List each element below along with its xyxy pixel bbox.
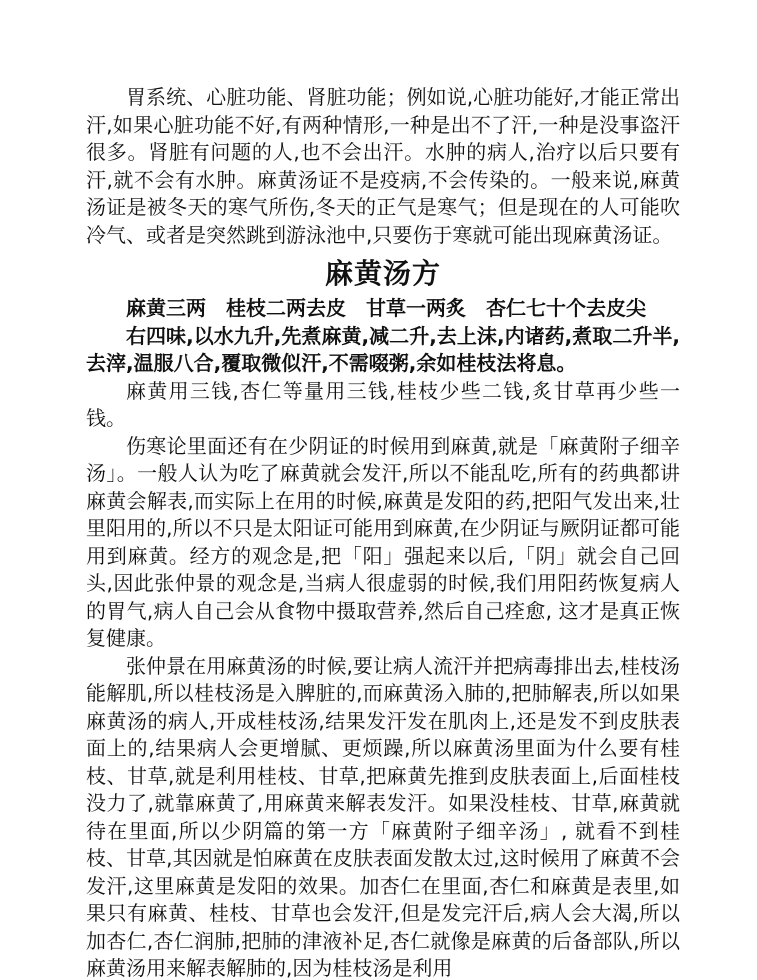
- section-title: 麻黄汤方: [86, 256, 680, 292]
- document-page: 胃系统、心脏功能、肾脏功能；例如说,心脏功能好,才能正常出汗,如果心脏功能不好,…: [0, 0, 757, 980]
- intro-paragraph: 胃系统、心脏功能、肾脏功能；例如说,心脏功能好,才能正常出汗,如果心脏功能不好,…: [86, 84, 680, 249]
- discussion-paragraph-1: 伤寒论里面还有在少阴证的时候用到麻黄,就是「麻黄附子细辛汤」。一般人认为吃了麻黄…: [86, 433, 680, 653]
- discussion-paragraph-2: 张仲景在用麻黄汤的时候,要让病人流汗并把病毒排出去,桂枝汤能解肌,所以桂枝汤是入…: [86, 653, 680, 980]
- page-content: 胃系统、心脏功能、肾脏功能；例如说,心脏功能好,才能正常出汗,如果心脏功能不好,…: [86, 84, 680, 980]
- formula-ingredients-line: 麻黄三两 桂枝二两去皮 甘草一两炙 杏仁七十个去皮尖: [86, 295, 680, 323]
- formula-preparation: 右四味,以水九升,先煮麻黄,减二升,去上沫,内诸药,煮取二升半,去滓,温服八合,…: [86, 323, 680, 378]
- dosage-paragraph: 麻黄用三钱,杏仁等量用三钱,桂枝少些二钱,炙甘草再少些一钱。: [86, 378, 680, 433]
